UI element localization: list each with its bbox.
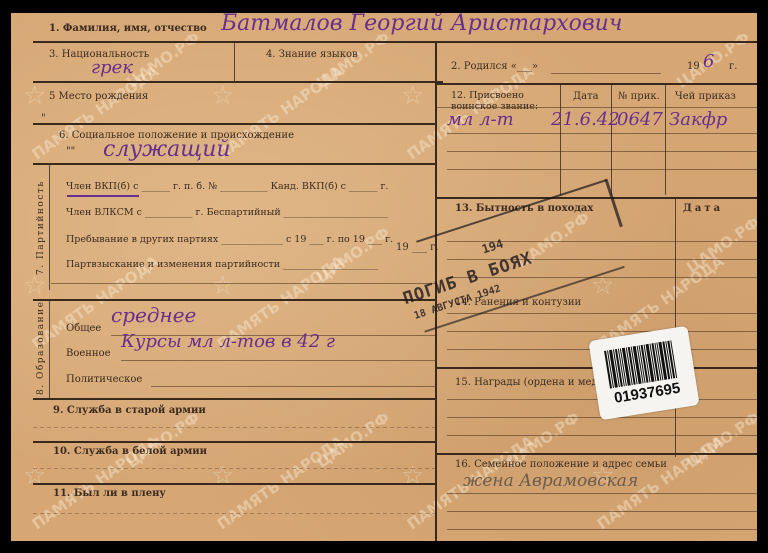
field-16-value: жена Аврамовская: [463, 471, 638, 491]
divider: [33, 41, 757, 43]
table-row-line: [447, 493, 757, 494]
table-row-line: [447, 133, 757, 134]
table-row-line: [447, 435, 757, 436]
watermark-pamyat: ПАМЯТЬ НАРОДА: [215, 469, 297, 533]
divider: [437, 107, 757, 108]
field-12-by: Закфр: [669, 109, 727, 130]
divider: [49, 301, 50, 398]
record-card: ЦАМО.РФ ЦАМО.РФ ЦАМО.РФ ЦАМО.РФ ЦАМО.РФ …: [11, 13, 757, 541]
field-2-line: [551, 73, 661, 74]
divider: [437, 453, 757, 455]
watermark-camo: ЦАМО.РФ: [684, 410, 757, 471]
divider: [33, 441, 435, 443]
table-row-line: [447, 511, 757, 512]
field-2-year-value: 6: [703, 51, 714, 72]
star-icon: ☆: [211, 461, 234, 491]
field-8-general-label: Общее: [66, 323, 101, 334]
field-8-side-label: 8. Образование: [36, 301, 46, 395]
field-8-military-value: Курсы мл л-тов в 42 г: [121, 331, 335, 352]
table-row-line: [447, 313, 757, 314]
stamp-frame: [605, 179, 623, 227]
star-icon: ☆: [401, 461, 424, 491]
field-7-line-2: Член ВЛКСМ с __________ г. Беспартийный …: [66, 207, 388, 218]
barcode-sticker: 01937695: [588, 326, 699, 421]
field-9-label: 9. Служба в старой армии: [53, 405, 206, 416]
divider: [33, 398, 435, 400]
field-10-label: 10. Служба в белой армии: [53, 446, 207, 457]
field-12-rank: мл л-т: [447, 109, 514, 130]
star-icon: ☆: [23, 271, 46, 301]
divider: [665, 85, 666, 195]
field-10-line: [33, 468, 435, 469]
field-1-label: 1. Фамилия, имя, отчество: [49, 23, 207, 34]
field-12-header-by: Чей приказ: [675, 91, 736, 102]
field-16-label: 16. Семейное положение и адрес семьи: [455, 459, 667, 470]
divider: [33, 163, 435, 165]
field-12-header-order-no: № прик.: [618, 91, 660, 102]
field-2-label: 2. Родился «___»: [451, 61, 538, 72]
field-8-military-label: Военное: [66, 348, 111, 359]
divider: [234, 43, 235, 83]
field-2-suffix: г.: [729, 61, 737, 72]
field-7-line-3: Пребывание в других партиях ____________…: [66, 234, 393, 245]
star-icon: ☆: [211, 81, 234, 111]
divider: [49, 165, 50, 290]
field-7-line-1: Член ВКП(б) с ______ г. п. б. № ________…: [66, 181, 389, 192]
watermark-camo: ЦАМО.РФ: [684, 215, 757, 276]
stamp-frame: [416, 179, 607, 243]
field-1-value: Батмалов Георгий Аристархович: [221, 13, 623, 36]
field-8-political-label: Политическое: [66, 374, 142, 385]
field-2-year-prefix: 19: [687, 61, 700, 72]
divider: [51, 283, 435, 284]
field-6-value: служащий: [103, 137, 231, 162]
divider: [33, 81, 443, 83]
divider: [33, 483, 435, 485]
field-12-date: 21.6.42: [551, 109, 620, 130]
field-8-general-value: среднее: [111, 303, 196, 327]
star-icon: ☆: [23, 461, 46, 491]
divider: [611, 85, 612, 195]
table-row-line: [447, 529, 757, 530]
field-7-side-label: 7. Партийность: [36, 180, 46, 275]
divider: [33, 123, 435, 125]
table-row-line: [447, 331, 757, 332]
field-11-label: 11. Был ли в плену: [53, 488, 166, 499]
field-8-political-line: [151, 386, 435, 387]
field-12-header-date: Дата: [573, 91, 599, 102]
stamp-year: 194: [480, 237, 505, 257]
watermark-pamyat: ПАМЯТЬ НАРОДА: [30, 469, 112, 533]
field-7-line-4: Партвзыскание и изменения партийности __…: [66, 259, 378, 270]
field-6-prefix: "": [66, 146, 75, 157]
field-12-order-no: 0647: [617, 109, 663, 130]
field-8-military-line: [121, 360, 435, 361]
divider: [33, 299, 435, 301]
star-icon: ☆: [211, 271, 234, 301]
star-icon: ☆: [401, 81, 424, 111]
table-row-line: [447, 151, 757, 152]
field-3-value: грек: [91, 57, 133, 78]
underline-mark: [67, 195, 139, 197]
field-9-line: [33, 427, 435, 428]
divider: [437, 83, 757, 85]
field-4-label: 4. Знание языков: [266, 49, 358, 60]
field-11-line: [33, 513, 435, 514]
field-13-date-header: Дата: [683, 203, 723, 214]
field-5-label: 5 Место рождения: [49, 91, 148, 102]
star-icon: ☆: [23, 81, 46, 111]
